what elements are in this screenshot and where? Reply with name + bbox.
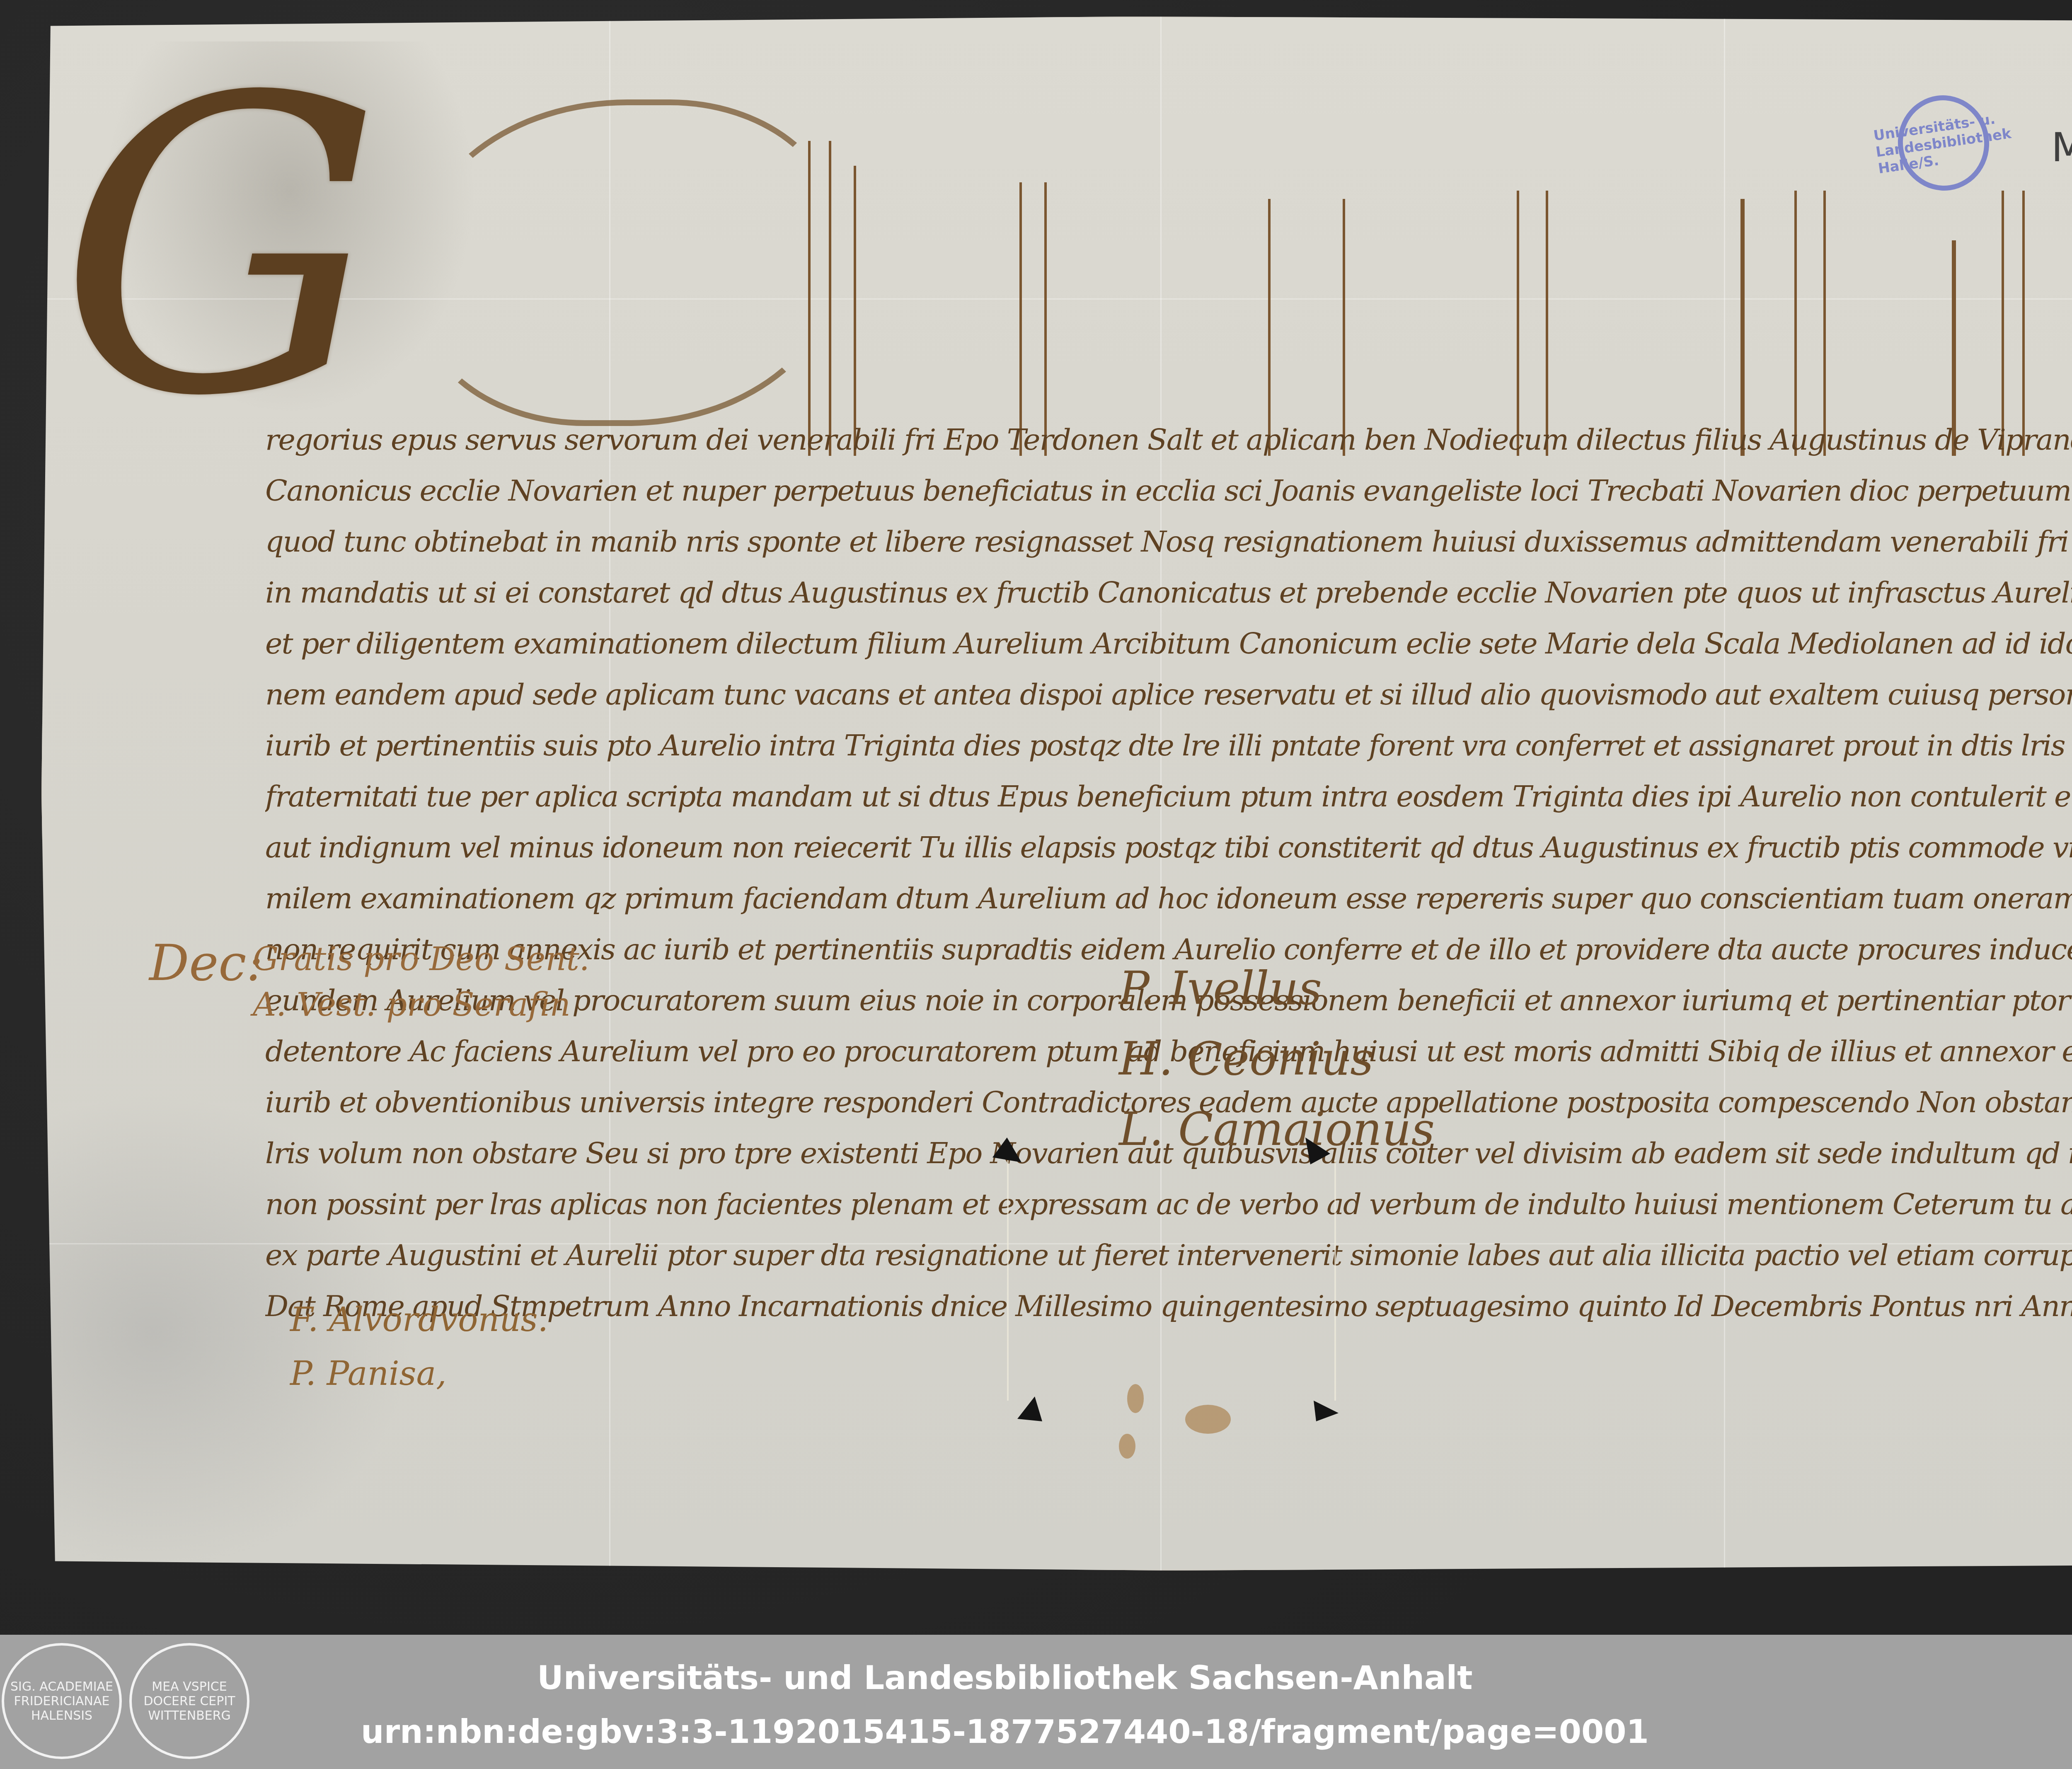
text-line: nem eandem apud sede aplicam tunc vacans…	[265, 669, 2072, 720]
ascender-stroke	[854, 166, 856, 456]
ink-stain	[1185, 1405, 1231, 1434]
ascender-stroke	[808, 141, 811, 456]
seal-cord	[1334, 1160, 1336, 1401]
ink-stain	[1119, 1434, 1135, 1459]
note-line: A. Vest. pro Serafin	[253, 982, 590, 1028]
urn-identifier[interactable]: urn:nbn:de:gbv:3:3-1192015415-1877527440…	[0, 1713, 2010, 1751]
decorated-initial: G	[58, 50, 290, 464]
text-line: fraternitati tue per aplica scripta mand…	[265, 771, 2072, 822]
signature: P. Ivellus	[1119, 953, 1435, 1024]
ascender-stroke	[829, 141, 831, 456]
text-line: regorius epus servus servorum dei venera…	[265, 414, 2072, 465]
text-line: Canonicus ecclie Novarien et nuper perpe…	[265, 465, 2072, 516]
chancery-notes-left: Dec: Gratis pro Deo Sent. A. Vest. pro S…	[149, 941, 590, 1028]
signature: H. Ceonius	[1119, 1024, 1435, 1094]
note-line: P. Panisa,	[290, 1347, 548, 1401]
seal-cord	[1007, 1160, 1009, 1401]
library-footer: SIG. ACADEMIAE FRIDERICIANAE HALENSIS ME…	[0, 1635, 2072, 1769]
charter-text: regorius epus servus servorum dei venera…	[265, 414, 2072, 1332]
note-line: Gratis pro Deo Sent.	[253, 937, 590, 982]
signatures: P. Ivellus H. Ceonius L. Camaionus	[1119, 953, 1435, 1164]
text-line: milem examinationem qz primum faciendam …	[265, 873, 2072, 924]
text-line: iurib et pertinentiis suis pto Aurelio i…	[265, 720, 2072, 771]
text-line: quod tunc obtinebat in manib nris sponte…	[265, 516, 2072, 567]
shelfmark: Morbeo Z6 (67)	[2051, 124, 2072, 171]
chancery-notes-bottom: F. Alvordvonus. P. Panisa,	[290, 1293, 548, 1401]
text-line: in mandatis ut si ei constaret qd dtus A…	[265, 567, 2072, 618]
institution-name: Universitäts- und Landesbibliothek Sachs…	[0, 1660, 2010, 1697]
text-line: et per diligentem examinationem dilectum…	[265, 618, 2072, 669]
text-line: ex parte Augustini et Aurelii ptor super…	[265, 1230, 2072, 1281]
note-line: F. Alvordvonus.	[290, 1293, 548, 1347]
elongated-letters	[398, 83, 2072, 456]
text-line: non possint per lras aplicas non facient…	[265, 1179, 2072, 1230]
text-line: aut indignum vel minus idoneum non reiec…	[265, 822, 2072, 873]
signature: L. Camaionus	[1119, 1094, 1435, 1164]
ink-stain	[1127, 1384, 1144, 1413]
